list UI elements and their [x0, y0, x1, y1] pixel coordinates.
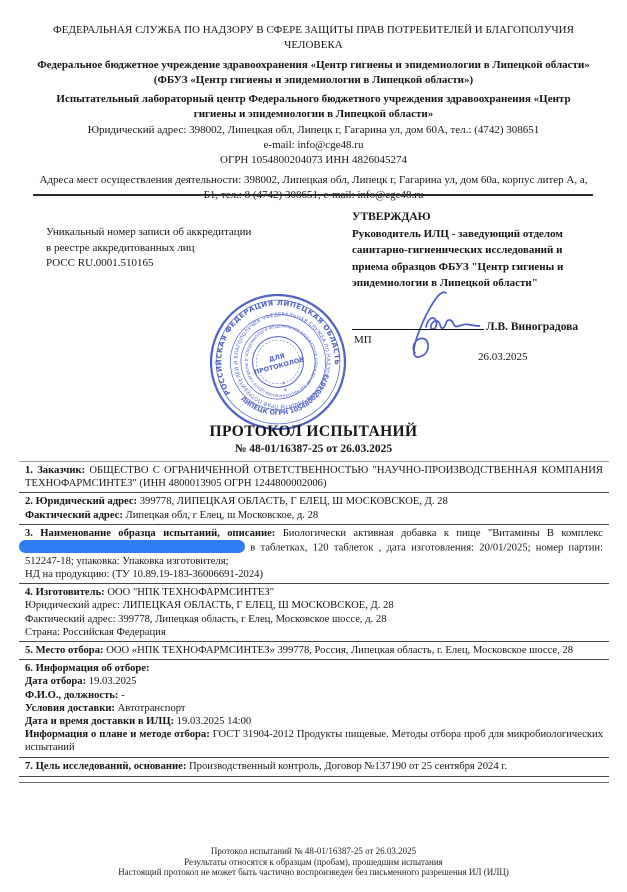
manufacturer-legal-address: Юридический адрес: ЛИПЕЦКАЯ ОБЛАСТЬ, Г Е…	[25, 599, 603, 612]
title-block: ПРОТОКОЛ ИСПЫТАНИЙ № 48-01/16387-25 от 2…	[0, 423, 627, 455]
signature-stroke	[426, 318, 480, 329]
legal-address: Юридический адрес: 398002, Липецкая обл,…	[30, 123, 597, 138]
sampling-method-label: Информация о плане и методе отбора:	[25, 729, 210, 740]
sample-label: 3. Наименование образца испытаний, описа…	[25, 528, 275, 539]
section-sampling-place: 5. Место отбора: ООО «НПК ТЕХНОФАРМСИНТЕ…	[19, 641, 609, 659]
stamp-star: *	[283, 386, 289, 396]
accreditation-line1: Уникальный номер записи об аккредитации	[46, 225, 251, 241]
manufacturer-label: 4. Изготовитель:	[25, 587, 105, 598]
accreditation-number: РОСС RU.0001.510165	[46, 256, 251, 272]
accreditation-line2: в реестре аккредитованных лиц	[46, 241, 251, 257]
activity-line1: Адреса мест осуществления деятельности: …	[39, 174, 587, 186]
approval-affirm-label: УТВЕРЖДАЮ	[352, 209, 600, 225]
sampler-name-label: Ф.И.О., должность:	[25, 690, 118, 701]
purpose-value: Производственный контроль, Договор №1371…	[189, 761, 507, 772]
sampling-info-heading: 6. Информация об отборе:	[25, 663, 150, 674]
header-ogrn-inn: ОГРН 1054800204073 ИНН 4826045274	[30, 153, 597, 168]
signature-stroke	[413, 292, 446, 357]
footer-results-note: Результаты относятся к образцам (пробам)…	[0, 857, 627, 868]
redaction-bar	[19, 540, 245, 553]
laboratory-center-name: Испытательный лабораторный центр Федерал…	[30, 92, 597, 123]
org-line2: (ФБУЗ «Центр гигиены и эпидемиологии в Л…	[154, 74, 473, 86]
signature-zone: Л.В. Виноградова МП 26.03.2025	[352, 291, 600, 371]
document-number: № 48-01/16387-25 от 26.03.2025	[0, 443, 627, 455]
section-addresses: 2. Юридический адрес: 399778, ЛИПЕЦКАЯ О…	[19, 492, 609, 523]
section-manufacturer: 4. Изготовитель: ООО "НПК ТЕХНОФАРМСИНТЕ…	[19, 583, 609, 641]
org-line1: Федеральное бюджетное учреждение здравоо…	[37, 59, 590, 71]
activity-addresses: Адреса мест осуществления деятельности: …	[30, 173, 597, 204]
section-purpose: 7. Цель исследований, основание: Произво…	[19, 757, 609, 777]
manufacturer-country: Страна: Российская Федерация	[25, 626, 603, 639]
document-title: ПРОТОКОЛ ИСПЫТАНИЙ	[0, 423, 627, 441]
approval-date: 26.03.2025	[478, 349, 528, 365]
header-email: e-mail: info@cge48.ru	[30, 138, 597, 153]
sampler-name-value: -	[121, 690, 125, 701]
agency-name: ФЕДЕРАЛЬНАЯ СЛУЖБА ПО НАДЗОРУ В СФЕРЕ ЗА…	[30, 23, 597, 54]
footer-reproduction-note: Настоящий протокол не может быть частичн…	[0, 867, 627, 878]
section-customer: 1. Заказчик: ОБЩЕСТВО С ОГРАНИЧЕННОЙ ОТВ…	[19, 461, 609, 492]
approval-signer-title: Руководитель ИЛЦ - заведующий отделом са…	[352, 226, 600, 291]
legal-address-value: 399778, ЛИПЕЦКАЯ ОБЛАСТЬ, Г ЕЛЕЦ, Ш МОСК…	[140, 496, 448, 507]
customer-value: ОБЩЕСТВО С ОГРАНИЧЕННОЙ ОТВЕТСТВЕННОСТЬЮ…	[25, 465, 603, 489]
section-sample: 3. Наименование образца испытаний, описа…	[19, 524, 609, 583]
section-sampling-info: 6. Информация об отборе: Дата отбора: 19…	[19, 659, 609, 756]
customer-label: 1. Заказчик:	[25, 465, 85, 476]
document-footer: Протокол испытаний № 48-01/16387-25 от 2…	[0, 846, 627, 878]
purpose-label: 7. Цель исследований, основание:	[25, 761, 186, 772]
signature-line	[352, 329, 484, 330]
seal-place-mark: МП	[354, 332, 372, 348]
document-header: ФЕДЕРАЛЬНАЯ СЛУЖБА ПО НАДЗОРУ В СФЕРЕ ЗА…	[30, 23, 597, 203]
bottom-divider	[19, 782, 609, 783]
round-stamp-icon: РОССИЙСКАЯ ФЕДЕРАЦИЯ ЛИПЕЦКАЯ ОБЛАСТЬ ЛИ…	[207, 291, 349, 433]
sampling-date-value: 19.03.2025	[89, 676, 137, 687]
organization-name: Федеральное бюджетное учреждение здравоо…	[30, 58, 597, 89]
sampling-place-value: ООО «НПК ТЕХНОФАРМСИНТЕЗ» 399778, Россия…	[106, 645, 573, 656]
ilc-line1: Испытательный лабораторный центр Федерал…	[56, 93, 570, 105]
delivery-datetime-value: 19.03.2025 14:00	[177, 716, 251, 727]
legal-address-label: 2. Юридический адрес:	[25, 496, 137, 507]
approval-block: УТВЕРЖДАЮ Руководитель ИЛЦ - заведующий …	[352, 209, 600, 371]
accreditation-block: Уникальный номер записи об аккредитации …	[46, 225, 251, 272]
test-protocol-document: ФЕДЕРАЛЬНАЯ СЛУЖБА ПО НАДЗОРУ В СФЕРЕ ЗА…	[0, 0, 627, 892]
sections-table: 1. Заказчик: ОБЩЕСТВО С ОГРАНИЧЕННОЙ ОТВ…	[19, 461, 609, 783]
sample-description-before: Биологически активная добавка к пище "Ви…	[283, 528, 603, 539]
actual-address-value: Липецкая обл, г Елец, ш Московское, д. 2…	[126, 510, 319, 521]
delivery-conditions-label: Условия доставки:	[25, 703, 115, 714]
agency-line1: ФЕДЕРАЛЬНАЯ СЛУЖБА ПО НАДЗОРУ В СФЕРЕ ЗА…	[53, 24, 574, 36]
actual-address-label: Фактический адрес:	[25, 510, 123, 521]
agency-line2: ЧЕЛОВЕКА	[284, 39, 342, 51]
footer-protocol-number: Протокол испытаний № 48-01/16387-25 от 2…	[0, 846, 627, 857]
sampling-place-label: 5. Место отбора:	[25, 645, 104, 656]
ilc-line2: гигиены и эпидемиологии в Липецкой облас…	[194, 108, 434, 120]
manufacturer-actual-address: Фактический адрес: 399778, Липецкая обла…	[25, 613, 603, 626]
header-divider	[33, 194, 593, 196]
manufacturer-value: ООО "НПК ТЕХНОФАРМСИНТЕЗ"	[107, 587, 274, 598]
signer-name: Л.В. Виноградова	[486, 319, 578, 335]
sampling-date-label: Дата отбора:	[25, 676, 86, 687]
sample-nd-line: НД на продукцию: (ТУ 10.89.19-183-360066…	[25, 568, 603, 581]
delivery-datetime-label: Дата и время доставки в ИЛЦ:	[25, 716, 174, 727]
delivery-conditions-value: Автотранспорт	[118, 703, 186, 714]
